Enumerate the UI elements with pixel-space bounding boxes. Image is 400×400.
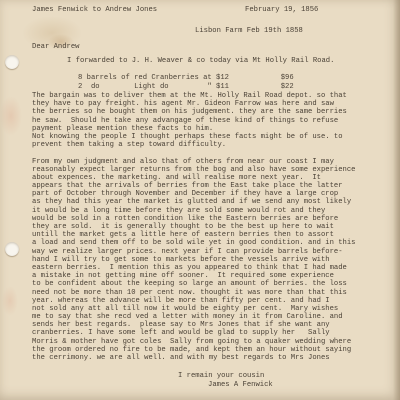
letter-sheet: James Fenwick to Andrew Jones February 1…: [0, 0, 400, 400]
closing-line: I remain your cousin: [178, 372, 264, 380]
letter-line: a load and send them off to be sold wile…: [32, 239, 356, 247]
letter-line: 2 do Light do " $11 $22: [78, 83, 294, 92]
paper-stain: [0, 96, 22, 136]
letter-line: would be sold in a rotten condition like…: [32, 215, 356, 223]
opening-line: I forwarded to J. H. Weaver & co today v…: [67, 57, 334, 65]
letter-line: eastern berries. I mention this as you a…: [32, 264, 356, 272]
letter-line: prevent them taking a step toward diffic…: [32, 141, 356, 149]
letter-line: [32, 149, 356, 157]
letter-line: the cerrimony. we are all well. and with…: [32, 354, 356, 362]
letter-line: a mistake in not getting mine off sooner…: [32, 272, 356, 280]
letter-line: not sold any att all till now it would b…: [32, 305, 356, 313]
letter-line: Morris & mother have got coles Sally fro…: [32, 338, 356, 346]
paper-stain: [2, 286, 18, 316]
letter-line: need not be more than 10 per cent now. t…: [32, 289, 356, 297]
letter-line: reasonably expect larger returns from th…: [32, 166, 356, 174]
letter-line: me to say that she recd ved a letter wit…: [32, 313, 356, 321]
signature: James A Fenwick: [208, 381, 273, 389]
letter-line: the groom ordered no fire to be made, an…: [32, 346, 356, 354]
salutation: Dear Andrew: [32, 43, 79, 51]
index-line-date: February 19, 1856: [245, 6, 318, 14]
index-line-left: James Fenwick to Andrew Jones: [32, 6, 157, 14]
letter-line: From my own judgment and also that of ot…: [32, 158, 356, 166]
letter-line: part of October through November and Dec…: [32, 190, 356, 198]
letter-line: to be confident about the keeping so lar…: [32, 280, 356, 288]
letter-line: the berries so he bought them on his jud…: [32, 108, 356, 116]
letter-line: they are sold. it is generally thought t…: [32, 223, 356, 231]
letter-line: it would be a long time before they are …: [32, 207, 356, 215]
cranberry-invoice: 8 barrels of red Cranberries at $12 $962…: [78, 74, 294, 91]
letter-line: Not knowing the people I thought perhaps…: [32, 133, 356, 141]
letter-line: they have to pay freight. his agent Mr. …: [32, 100, 356, 108]
letter-line: as they had this year the market is glut…: [32, 198, 356, 206]
letter-line: year. whereas the advance will be more t…: [32, 297, 356, 305]
letter-line: untill the market gets a little here of …: [32, 231, 356, 239]
punch-hole-bottom: [5, 242, 19, 256]
letter-line: way we realize larger prices. next year …: [32, 248, 356, 256]
letter-line: The bargain was to deliver them at the M…: [32, 92, 356, 100]
letter-line: hand I will try to get some to markets b…: [32, 256, 356, 264]
punch-hole-top: [5, 55, 19, 69]
letter-line: cranberries. I have some left and would …: [32, 329, 356, 337]
letter-line: 8 barrels of red Cranberries at $12 $96: [78, 74, 294, 83]
letter-line: about expences. the marketing. and will …: [32, 174, 356, 182]
letter-line: sends her best regards. please say to Mr…: [32, 321, 356, 329]
letter-body: The bargain was to deliver them at the M…: [32, 92, 356, 362]
letter-dateline: Lisbon Farm Feb 19th 1858: [195, 27, 303, 35]
letter-line: he saw. Should he take any advangage of …: [32, 117, 356, 125]
letter-line: appears that the arrivals of berries fro…: [32, 182, 356, 190]
letter-line: payment please mention these facts to hi…: [32, 125, 356, 133]
